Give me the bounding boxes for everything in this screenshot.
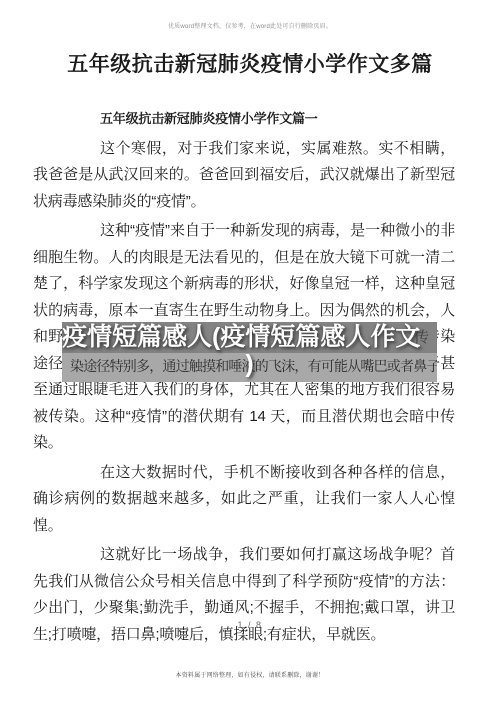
essay-paragraph: 这就好比一场战争，我们要如何打赢这场战争呢？首先我们从微信公众号相关信息中得到了… [33, 542, 455, 648]
watermark-overlay: 传 染途径特别多，通过触摸和唾液的飞沫，有可能从嘴巴或者鼻子 疫情短篇感人(疫情… [62, 322, 437, 382]
header-boilerplate-note: 优质word整理文档，仅参考，在word此处可自行删除页眉。 [0, 21, 500, 30]
essay-paragraph: 这个寒假，对于我们家来说，实属难熬。实不相瞒，我爸爸是从武汉回来的。爸爸回到福安… [33, 136, 455, 216]
essay-section-heading: 五年级抗击新冠肺炎疫情小学作文篇一 [33, 106, 455, 133]
document-title: 五年级抗击新冠肺炎疫情小学作文多篇 [0, 48, 500, 78]
footer-boilerplate-note: 本资料属于网络整理，如有侵权，请联系删除，谢谢！ [0, 670, 500, 679]
page-number: 1 / 8 [0, 620, 500, 630]
watermark-title-line2: ) [62, 349, 437, 380]
essay-paragraph: 在这大数据时代，手机不断接收到各种各样的信息，确诊病例的数据越来越多，如此之严重… [33, 460, 455, 540]
